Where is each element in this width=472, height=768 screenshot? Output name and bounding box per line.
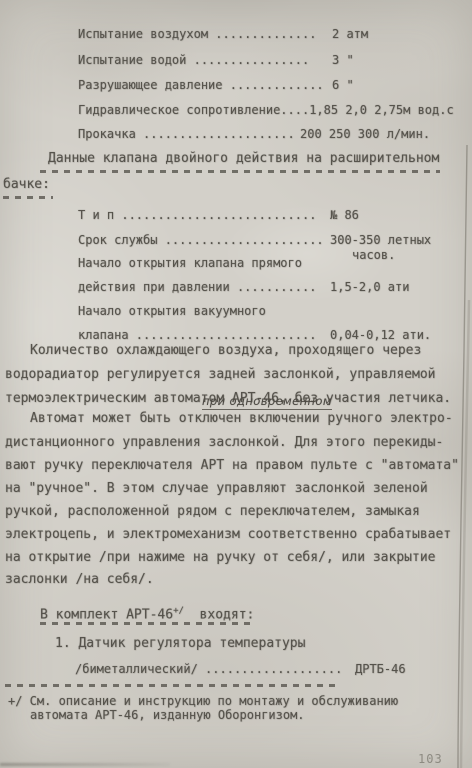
- spec-row-air-test: Испытание воздухом ..............2 атм: [0, 26, 472, 43]
- spec-label: Разрушающее давление: [78, 78, 223, 92]
- spec-row-burst-pressure: Разрушающее давление .............6 ": [0, 77, 472, 94]
- paragraph-line: заслонки /на себя/.: [0, 571, 472, 589]
- spec-label: Испытание водой: [78, 53, 186, 67]
- footnote-separator: [5, 684, 335, 687]
- spec-label: действия при давлении: [78, 280, 230, 294]
- spec-row-direct-valve-line2: действия при давлении ...........1,5-2,0…: [0, 279, 472, 296]
- paragraph-line: вают ручку переключателя АРТ на правом п…: [0, 457, 472, 475]
- spec-value: 6 ": [332, 77, 354, 94]
- item-value: ДРТБ-46: [355, 661, 406, 678]
- dot-leader: ...................: [198, 662, 343, 676]
- section-heading-line1: Данные клапана двойного действия на расш…: [0, 150, 472, 168]
- spec-label: Гидравлическое сопротивление: [78, 103, 280, 117]
- spec-row-type: Т и п ...........................№ 86: [0, 207, 472, 224]
- footnote-line: +/ См. описание и инструкцию по монтажу …: [0, 694, 472, 708]
- spec-value: 1,5-2,0 ати: [330, 279, 409, 296]
- dot-leader: ................: [186, 53, 309, 67]
- spec-label: Срок службы: [78, 233, 157, 247]
- document-content: Испытание воздухом ..............2 атм И…: [0, 0, 472, 768]
- spec-value: 2 атм: [332, 26, 368, 43]
- scanned-document-page: Испытание воздухом ..............2 атм И…: [0, 0, 472, 768]
- dot-leader: .............: [223, 78, 324, 92]
- dashed-underline: [3, 196, 53, 199]
- section-heading-line2: бачке:: [0, 176, 472, 194]
- footnote-marker: +/: [173, 606, 184, 616]
- dashed-underline: [40, 170, 440, 173]
- spec-value: № 86: [330, 207, 359, 224]
- handwritten-annotation: при одновременном: [202, 394, 332, 410]
- paragraph-line: дистанционного управления заслонкой. Для…: [0, 434, 472, 452]
- paragraph-line: на открытие /при нажиме на ручку от себя…: [0, 549, 472, 567]
- spec-row-flow-rate: Прокачка .....................200 250 30…: [0, 126, 472, 143]
- spec-row-service-life: Срок службы ......................300-35…: [0, 232, 472, 249]
- spec-label: Прокачка: [78, 127, 136, 141]
- paragraph-line: на "ручное". В этом случае управляют зас…: [0, 480, 472, 498]
- spec-label: Испытание воздухом: [78, 27, 208, 41]
- dot-leader: ..............: [208, 27, 316, 41]
- kit-heading: В комплект АРТ-46+/ входят:: [0, 602, 472, 624]
- scan-bottom-smudge: [0, 763, 170, 766]
- dashed-underline: [40, 622, 255, 625]
- spec-value: 200 250 300 л/мин.: [300, 126, 430, 143]
- dot-leader: .........................: [129, 328, 317, 342]
- dot-leader: ...........................: [114, 208, 316, 222]
- spec-row-hydraulic-resistance: Гидравлическое сопротивление....1,85 2,0…: [0, 102, 472, 119]
- spec-label: Т и п: [78, 208, 114, 222]
- spec-value: 3 ": [332, 52, 354, 69]
- dot-leader: ....: [280, 103, 309, 117]
- spec-row-direct-valve-line1: Начало открытия клапана прямого: [0, 255, 472, 272]
- dot-leader: ...........: [230, 280, 317, 294]
- kit-item-line1: 1. Датчик регулятора температуры: [0, 635, 472, 653]
- spec-label: клапана: [78, 328, 129, 342]
- paragraph-line: Автомат может быть отключен включении ру…: [0, 410, 472, 428]
- footnote-line: автомата АРТ-46, изданную Оборонгизом.: [0, 708, 472, 722]
- paragraph-line: Количество охлаждающего воздуха, проходя…: [0, 342, 472, 360]
- spec-row-vacuum-valve-line1: Начало открытия вакуумного: [0, 303, 472, 320]
- paragraph-line: электроцепь, и электромеханизм соответст…: [0, 526, 472, 544]
- paragraph-line: водорадиатор регулируется задней заслонк…: [0, 366, 472, 384]
- spec-row-water-test: Испытание водой ................3 ": [0, 52, 472, 69]
- item-label: /биметаллический/: [75, 662, 198, 676]
- paragraph-line: ручкой, расположенной рядом с переключат…: [0, 503, 472, 521]
- page-number: 103: [418, 752, 443, 766]
- kit-item-line2: /биметаллический/ ...................ДРТ…: [0, 661, 472, 678]
- dot-leader: ......................: [157, 233, 323, 247]
- spec-value: 1,85 2,0 2,75м вод.с: [309, 103, 454, 117]
- dot-leader: .....................: [136, 127, 295, 141]
